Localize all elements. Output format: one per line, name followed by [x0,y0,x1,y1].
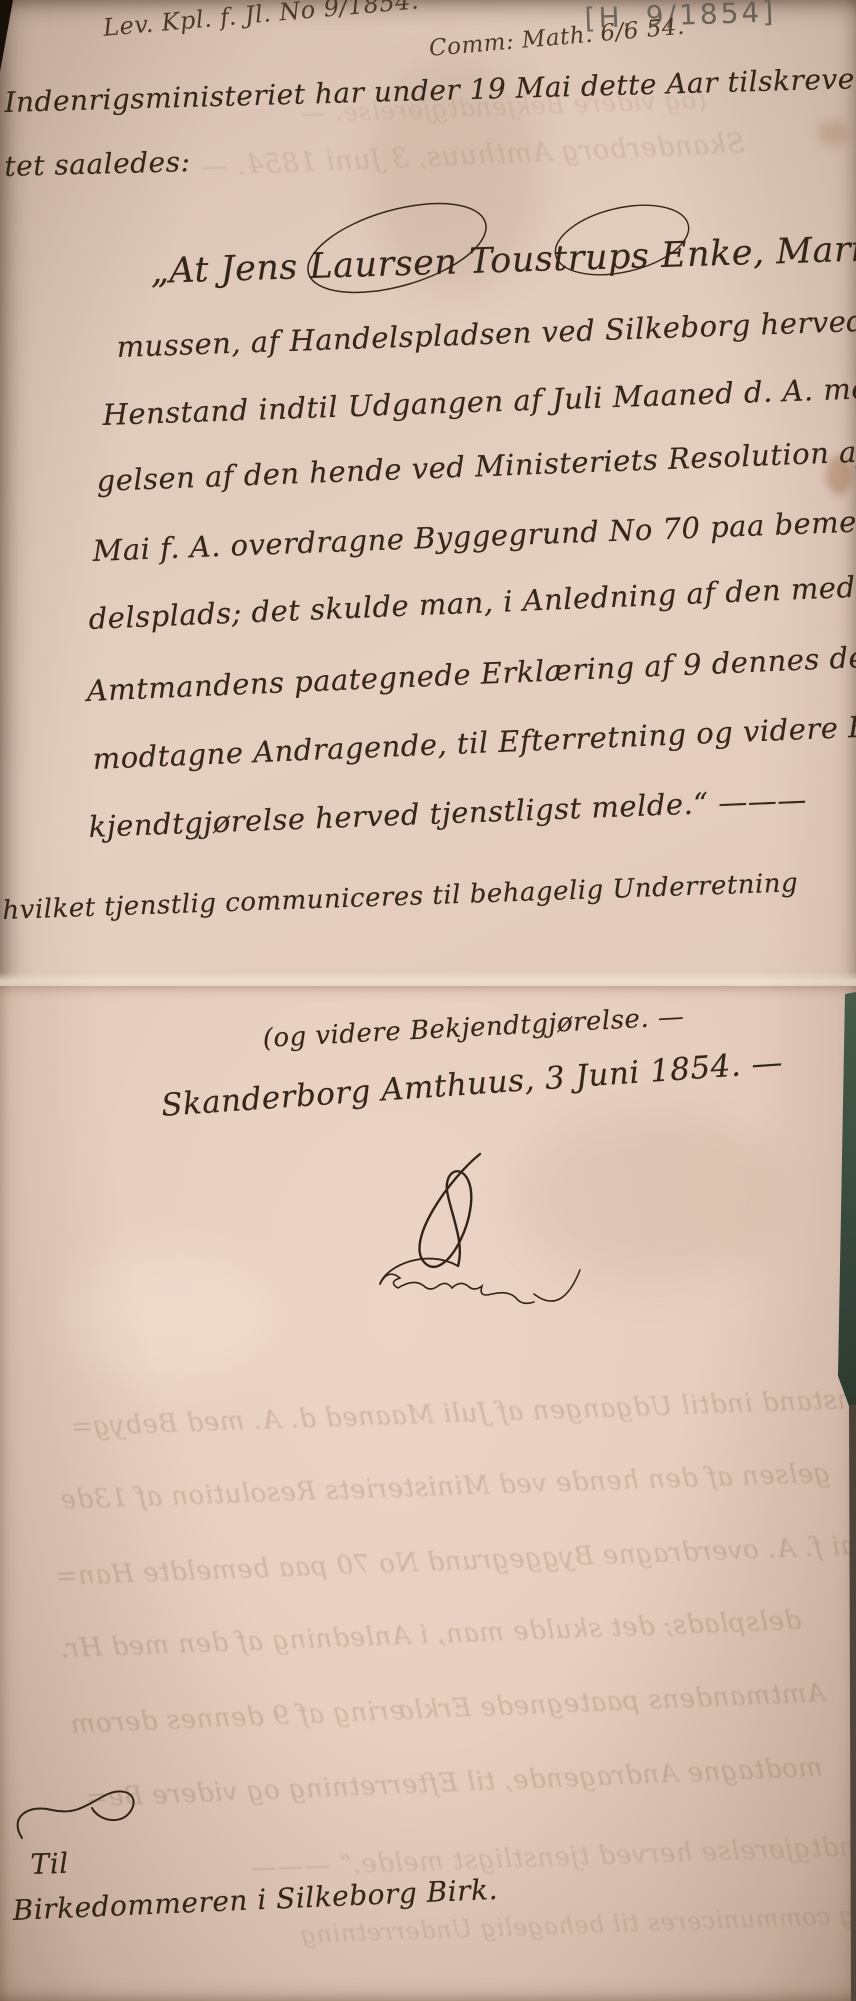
signature-flourish-icon [330,1148,600,1328]
stain [818,120,848,146]
quote-line: gelsen af den hende ved Ministeriets Res… [96,431,856,498]
bleedthrough-line: Henstand indtil Udgangen af Juli Maaned … [70,1384,856,1443]
document-scan: (og videre Bekjendtgjørelse. — Skanderbo… [0,0,856,2001]
quote-line: mussen, af Handelspladsen ved Silkeborg … [116,299,856,364]
address-to: Til [30,1847,69,1881]
continuation-line: (og videre Bekjendtgjørelse. — [262,1002,685,1054]
body-line: tet saaledes: [4,145,191,183]
bleedthrough-line: Skanderborg Amthuus, 3 Juni 1854. — [200,128,746,183]
quote-line: kjendtgjørelse herved tjenstligst melde.… [88,782,807,844]
quote-line: modtagne Andragende, til Efterretning og… [92,708,856,776]
bleedthrough-line: Mai f. A. overdragne Byggegrund No 70 pa… [55,1530,856,1592]
bleedthrough-line: modtagne Andragende, til Efterretning og… [85,1753,824,1814]
page-2: (og videre Bekjendtgjørelse. — Skanderbo… [0,986,856,2001]
annotation-registration-ink: Comm: Math. 6/6 54. [428,14,686,62]
quote-line: Henstand indtil Udgangen af Juli Maaned … [102,366,856,432]
dateline: Skanderborg Amthuus, 3 Juni 1854. — [160,1045,784,1124]
bleedthrough-line: kjendtgjørelse herved tjenstligst melde.… [250,1831,856,1884]
bleedthrough-line: gelsen af den hende ved Ministeriets Res… [60,1459,831,1516]
stain [60,1246,280,1386]
address-flourish-icon [12,1786,152,1856]
page-edge [0,972,856,986]
quote-line: Mai f. A. overdragne Byggegrund No 70 pa… [92,499,856,568]
quote-line: delsplads; det skulde man, i Anledning a… [88,568,856,636]
quote-line: Amtmandens paategnede Erklæring af 9 den… [86,637,856,708]
page-1: (og videre Bekjendtgjørelse. — Skanderbo… [0,0,856,986]
annotation-journal-ink: Lev. Kpl. f. Jl. No 9/1854. [102,0,420,42]
closing-line: hvilket tjenstlig communiceres til behag… [2,868,799,926]
bleedthrough-line: delsplads; det skulde man, i Anledning a… [60,1606,802,1664]
bleedthrough-line: Amtmandens paategnede Erklæring af 9 den… [70,1678,827,1740]
